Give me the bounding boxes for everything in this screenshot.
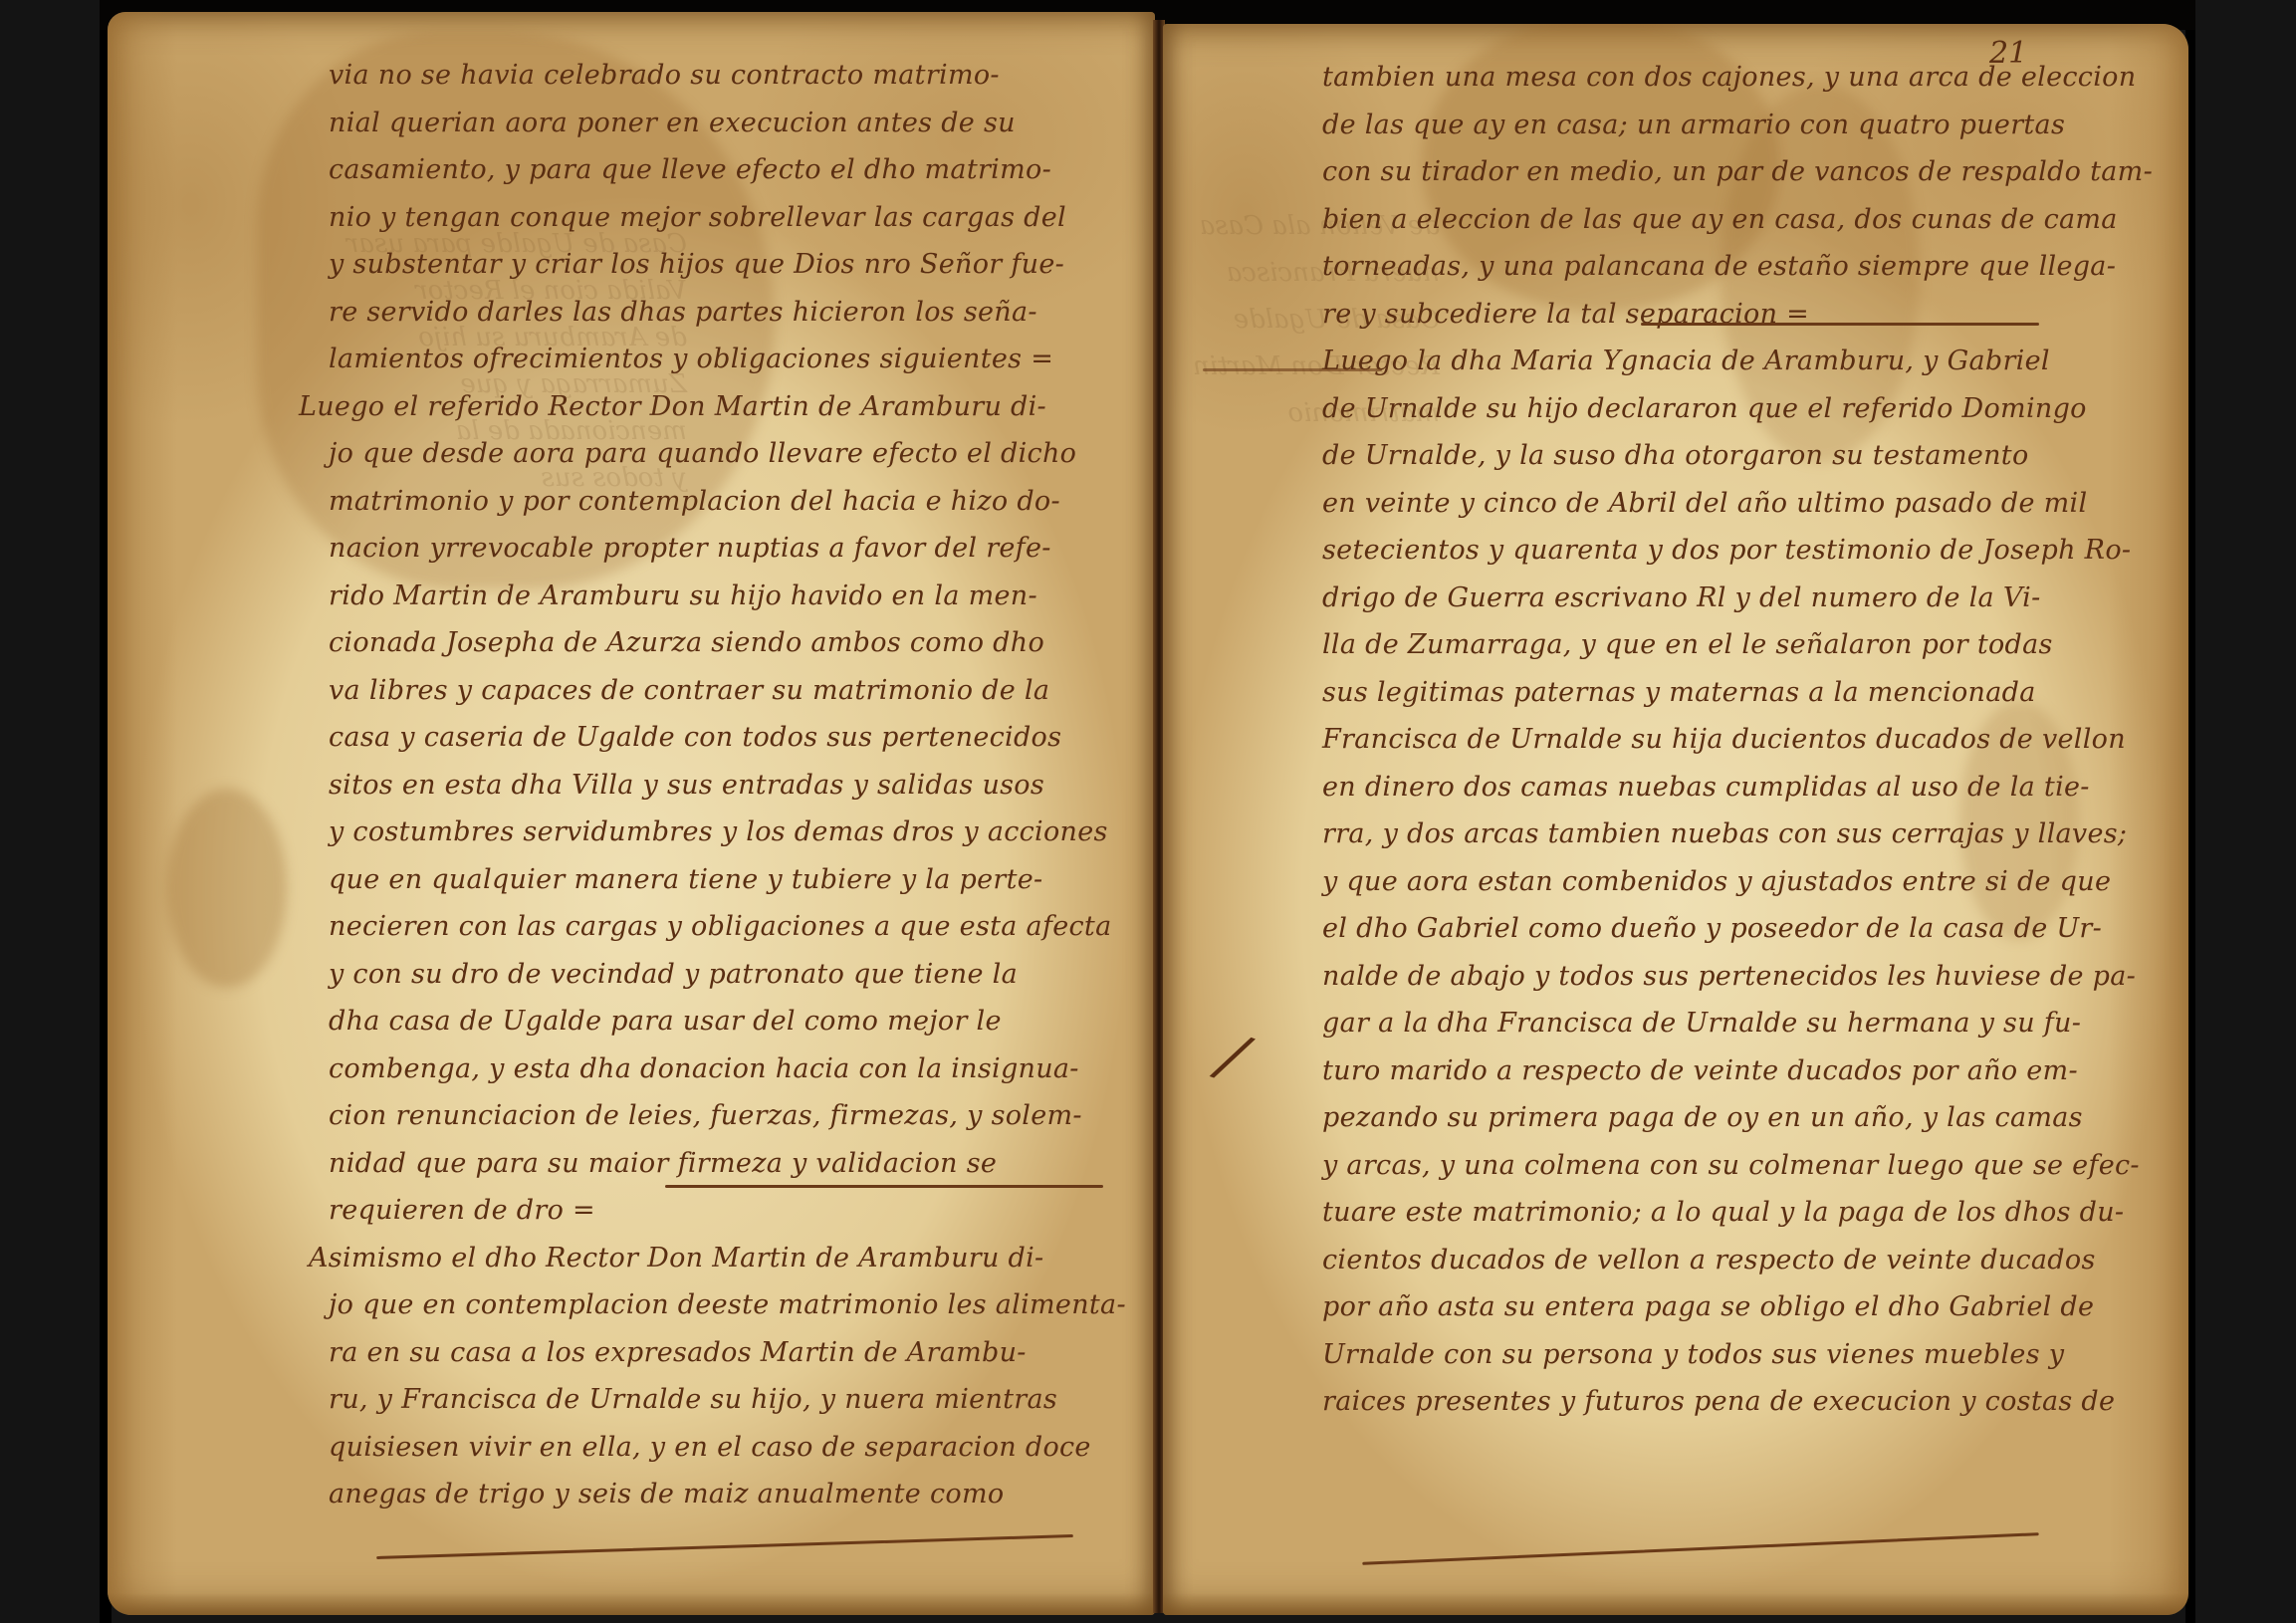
text-line: con su tirador en medio, un par de vanco… [1322,148,2153,196]
text-line: rido Martin de Aramburu su hijo havido e… [329,573,1126,620]
closing-flourish-rule [376,1534,1073,1559]
text-line: en dinero dos camas nuebas cumplidas al … [1322,764,2153,811]
text-line: nalde de abajo y todos sus pertenecidos … [1322,953,2153,1001]
text-line: combenga, y esta dha donacion hacia con … [329,1045,1126,1093]
document-viewer: Casa de Ugalde para usarValida cion el R… [0,0,2296,1623]
text-line: requieren de dro = [329,1187,1126,1235]
text-line: torneadas, y una palancana de estaño sie… [1322,243,2153,291]
text-line: nidad que para su maior firmeza y valida… [329,1140,1126,1188]
page-bottom-edge [1163,1593,2188,1615]
text-line: Luego el referido Rector Don Martin de A… [299,383,1126,431]
text-line: por año asta su entera paga se obligo el… [1322,1283,2153,1331]
text-line: pezando su primera paga de oy en un año,… [1322,1094,2153,1142]
text-line: ra en su casa a los expresados Martin de… [329,1329,1126,1377]
text-line: de las que ay en casa; un armario con qu… [1322,102,2153,149]
text-line: sus legitimas paternas y maternas a la m… [1322,669,2153,717]
text-line: y arcas, y una colmena con su colmenar l… [1322,1142,2153,1190]
text-line: rra, y dos arcas tambien nuebas con sus … [1322,811,2153,858]
paragraph-separator-rule [1203,368,1382,371]
closing-flourish-rule [1362,1532,2038,1565]
text-line: Francisca de Urnalde su hija ducientos d… [1322,716,2153,764]
margin-slash-mark: / [1211,1019,1256,1094]
left-page-outer-edge [108,12,177,1615]
text-line: anegas de trigo y seis de maiz anualment… [329,1471,1126,1518]
text-line: raices presentes y futuros pena de execu… [1322,1378,2153,1426]
right-page-text: tambien una mesa con dos cajones, y una … [1322,54,2153,1426]
text-line: y costumbres servidumbres y los demas dr… [329,809,1126,856]
text-line: nial querian aora poner en execucion ant… [329,100,1126,147]
text-line: va libres y capaces de contraer su matri… [329,667,1126,715]
text-line: de Urnalde su hijo declararon que el ref… [1322,385,2153,433]
text-line: cientos ducados de vellon a respecto de … [1322,1237,2153,1284]
text-line: y substentar y criar los hijos que Dios … [329,241,1126,289]
text-line: tuare este matrimonio; a lo qual y la pa… [1322,1189,2153,1237]
text-line: gar a la dha Francisca de Urnalde su her… [1322,1000,2153,1047]
page-bottom-edge [108,1593,1155,1615]
text-line: y que aora estan combenidos y ajustados … [1322,858,2153,906]
text-line: via no se havia celebrado su contracto m… [329,52,1126,100]
text-line: y con su dro de vecindad y patronato que… [329,951,1126,999]
text-line: turo marido a respecto de veinte ducados… [1322,1047,2153,1095]
text-line: Asimismo el dho Rector Don Martin de Ara… [309,1235,1126,1282]
text-line: drigo de Guerra escrivano Rl y del numer… [1322,575,2153,622]
text-line: Urnalde con su persona y todos sus viene… [1322,1331,2153,1379]
text-line: ru, y Francisca de Urnalde su hijo, y nu… [329,1376,1126,1424]
text-line: cionada Josepha de Azurza siendo ambos c… [329,619,1126,667]
left-page: Casa de Ugalde para usarValida cion el R… [108,12,1155,1615]
text-line: dha casa de Ugalde para usar del como me… [329,998,1126,1045]
text-line: necieren con las cargas y obligaciones a… [329,903,1126,951]
left-page-text: via no se havia celebrado su contracto m… [329,52,1126,1518]
text-line: Luego la dha Maria Ygnacia de Aramburu, … [1322,338,2153,385]
text-line: quisiesen vivir en ella, y en el caso de… [329,1424,1126,1472]
text-line: lla de Zumarraga, y que en el le señalar… [1322,621,2153,669]
text-line: en veinte y cinco de Abril del año ultim… [1322,480,2153,528]
text-line: nio y tengan conque mejor sobrellevar la… [329,194,1126,242]
right-page: de Vellon ala Casanuera FranciscaCasa de… [1163,24,2188,1615]
text-line: re servido darles las dhas partes hicier… [329,289,1126,337]
text-line: lamientos ofrecimientos y obligaciones s… [329,336,1126,383]
text-line: tambien una mesa con dos cajones, y una … [1322,54,2153,102]
text-line: jo que desde aora para quando llevare ef… [329,430,1126,478]
text-line: jo que en contemplacion deeste matrimoni… [329,1281,1126,1329]
text-line: setecientos y quarenta y dos por testimo… [1322,527,2153,575]
text-line: sitos en esta dha Villa y sus entradas y… [329,762,1126,810]
text-line: el dho Gabriel como dueño y poseedor de … [1322,905,2153,953]
text-line: nacion yrrevocable propter nuptias a fav… [329,525,1126,573]
text-line: matrimonio y por contemplacion del hacia… [329,478,1126,526]
line-filler-rule [665,1185,1103,1188]
text-line: cion renunciacion de leies, fuerzas, fir… [329,1092,1126,1140]
text-line: re y subcediere la tal separacion = [1322,291,2153,339]
text-line: casamiento, y para que lleve efecto el d… [329,146,1126,194]
text-line: casa y caseria de Ugalde con todos sus p… [329,714,1126,762]
text-line: que en qualquier manera tiene y tubiere … [329,856,1126,904]
line-filler-rule [1641,323,2039,326]
text-line: bien a eleccion de las que ay en casa, d… [1322,196,2153,244]
text-line: de Urnalde, y la suso dha otorgaron su t… [1322,432,2153,480]
water-stain [167,789,287,988]
